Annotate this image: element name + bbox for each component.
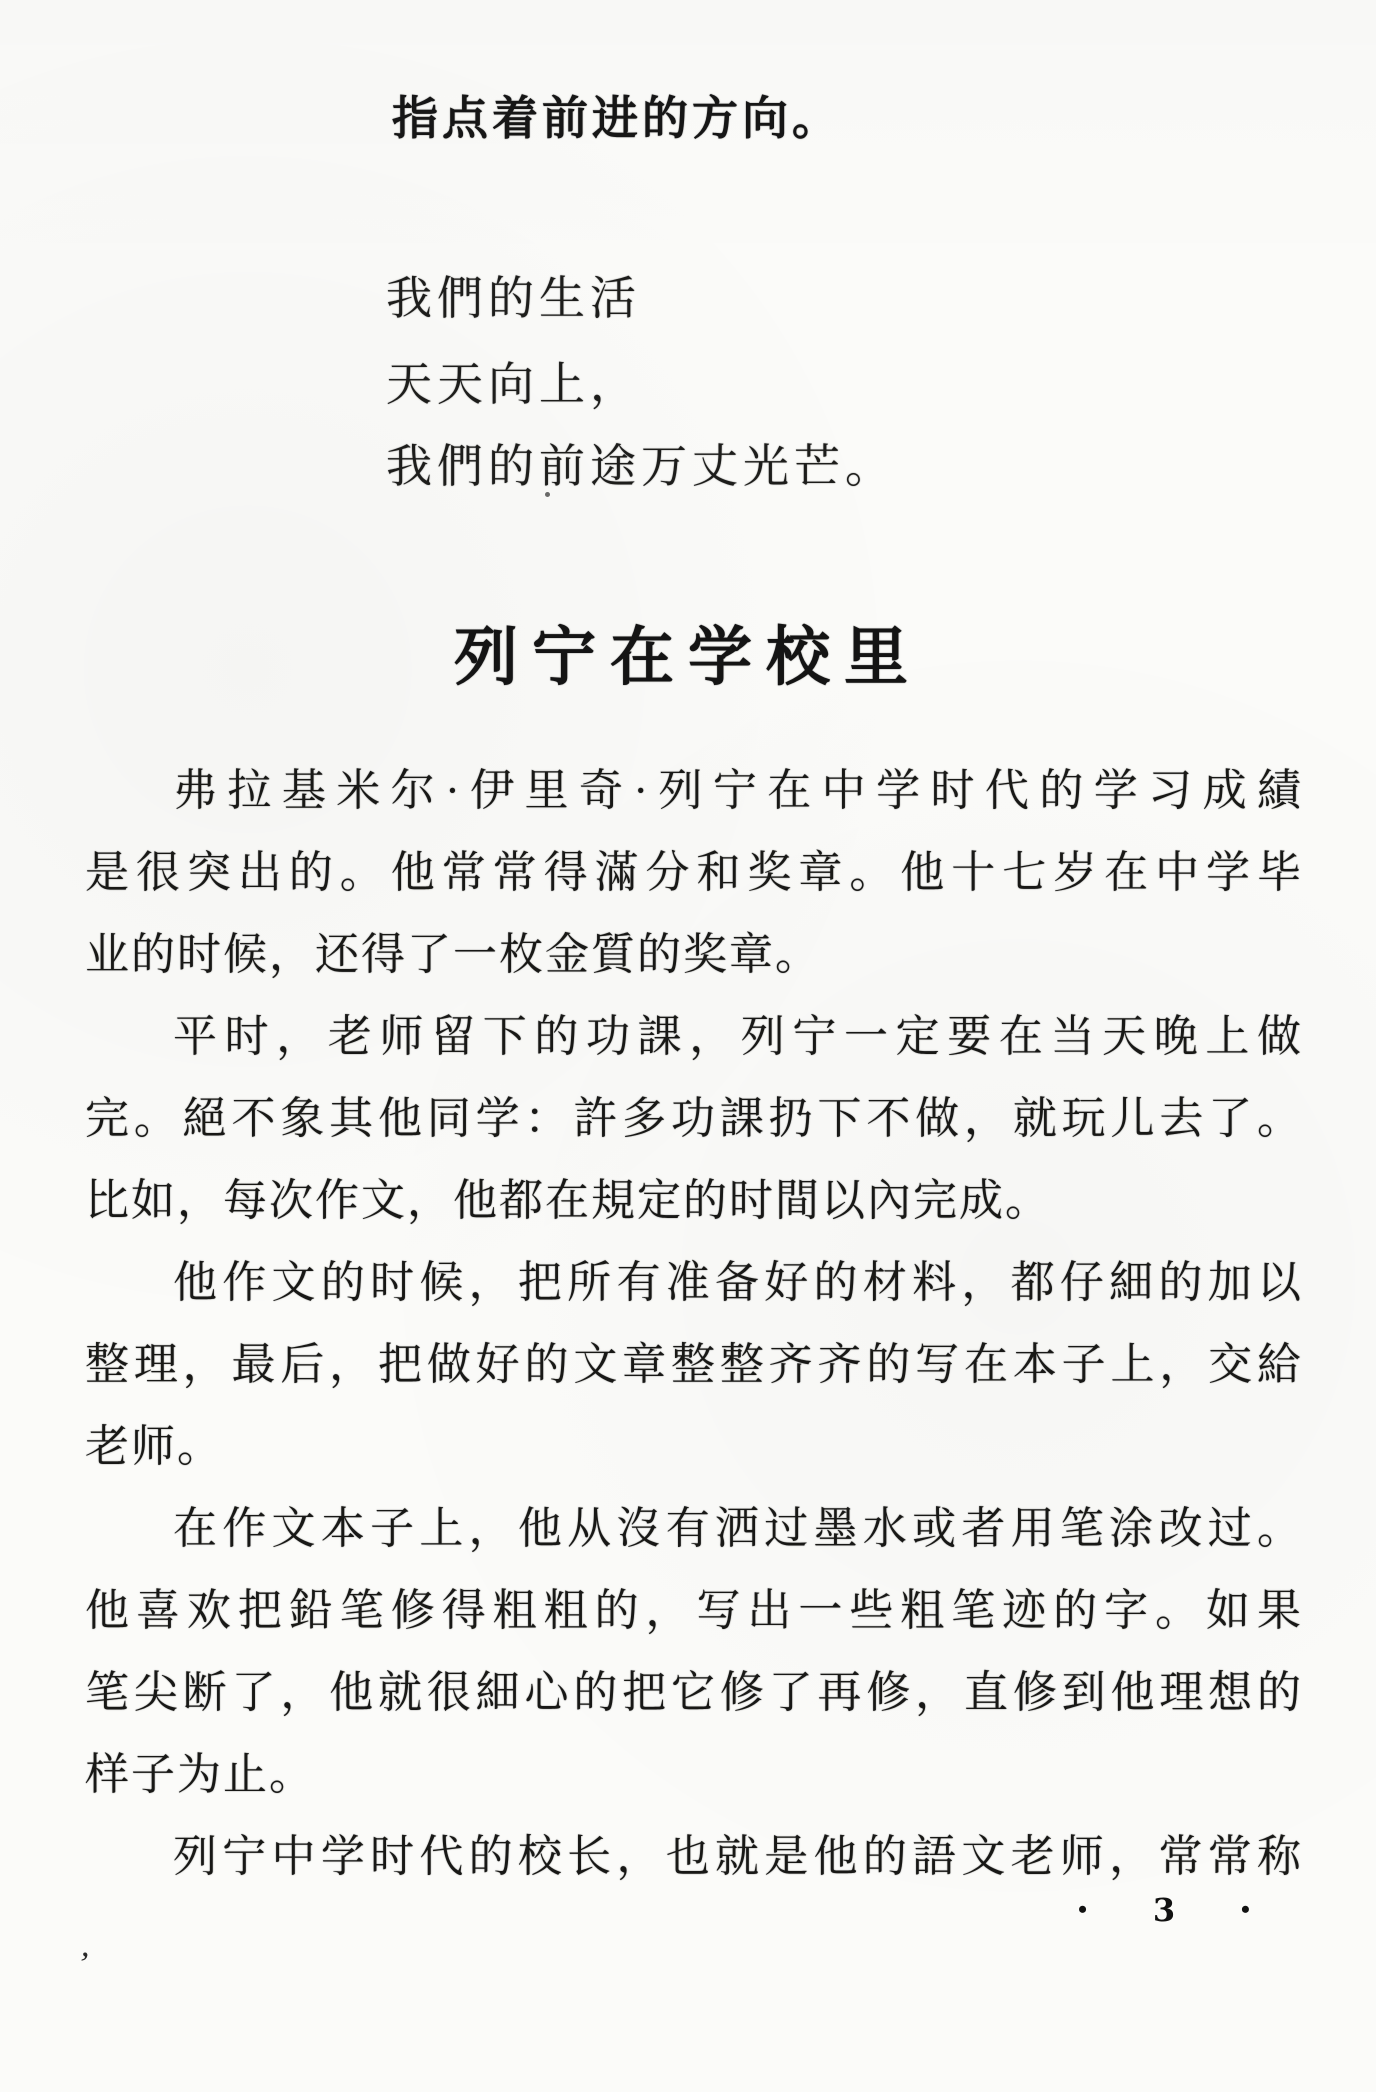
poem-line: 我們的生活 (386, 262, 641, 328)
scanned-book-page: 指点着前进的方向。 我們的生活 天天向上， 我們的前途万丈光芒。 列宁在学校里 … (0, 0, 1376, 2092)
body-line: 弗拉基米尔·伊里奇·列宁在中学时代的学习成績 (85, 750, 1303, 832)
poem-carryover-line: 指点着前进的方向。 (392, 82, 842, 148)
body-text: 弗拉基米尔·伊里奇·列宁在中学时代的学习成績 是很突出的。他常常得滿分和奖章。他… (85, 750, 1303, 1898)
body-line: 在作文本子上，他从沒有洒过墨水或者用笔涂改过。 (85, 1488, 1303, 1570)
scan-stray-mark: ’ (75, 1945, 92, 1984)
body-line: 他喜欢把鉛笔修得粗粗的，写出一些粗笔迹的字。如果 (85, 1570, 1303, 1652)
page-number-left-dot: • (1078, 1897, 1087, 1923)
body-line: 整理，最后，把做好的文章整整齐齐的写在本子上，交給 (85, 1324, 1303, 1406)
scan-noise-dot (545, 492, 550, 497)
poem-line: 天天向上， (386, 348, 641, 414)
page-number: • 3 • (1078, 1888, 1250, 1932)
body-line: 列宁中学时代的校长，也就是他的語文老师，常常称 (85, 1816, 1303, 1898)
body-line: 是很突出的。他常常得滿分和奖章。他十七岁在中学毕 (85, 832, 1303, 914)
body-line: 比如，每次作文，他都在規定的时間以內完成。 (85, 1160, 1303, 1242)
body-line: 平时，老师留下的功課，列宁一定要在当天晚上做 (85, 996, 1303, 1078)
body-line: 业的时候，还得了一枚金質的奖章。 (85, 914, 1303, 996)
poem-line: 我們的前途万丈光芒。 (386, 430, 896, 496)
chapter-title: 列宁在学校里 (0, 606, 1376, 698)
body-line: 老师。 (85, 1406, 1303, 1488)
page-number-value: 3 (1153, 1891, 1175, 1929)
body-line: 完。絕不象其他同学：許多功課扔下不做，就玩儿去了。 (85, 1078, 1303, 1160)
body-line: 他作文的时候，把所有准备好的材料，都仔細的加以 (85, 1242, 1303, 1324)
body-line: 笔尖断了，他就很細心的把它修了再修，直修到他理想的 (85, 1652, 1303, 1734)
page-number-right-dot: • (1241, 1897, 1250, 1923)
body-line: 样子为止。 (85, 1734, 1303, 1816)
